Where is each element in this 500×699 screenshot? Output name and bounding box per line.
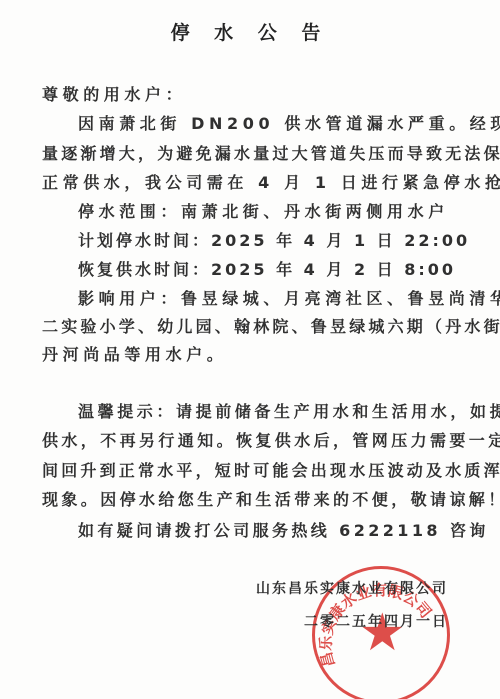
notice-title: 停 水 公 告 xyxy=(0,18,500,45)
tips-line: 间回升到正常水平，短时可能会出现水压波动及水质浑浊 xyxy=(42,458,500,481)
affected-line: 二实验小学、幼儿园、翰林院、鲁昱绿城六期（丹水街）、 xyxy=(42,314,500,337)
company-name: 山东昌乐实康水业有限公司 xyxy=(256,578,448,598)
tips-line: 供水，不再另行通知。恢复供水后，管网压力需要一定时 xyxy=(42,428,500,451)
affected-line: 影响用户：鲁昱绿城、月亮湾社区、鲁昱尚清华、第 xyxy=(78,286,500,309)
body-line: 因南萧北街 DN200 供水管道漏水严重。经现场观察漏 xyxy=(78,111,500,134)
notice-date: 二零二五年四月一日 xyxy=(304,611,448,631)
greeting: 尊敬的用水户： xyxy=(42,82,186,105)
body-line: 量逐渐增大，为避免漏水量过大管道失压而导致无法保障 xyxy=(42,141,500,164)
affected-line: 丹河尚品等用水户。 xyxy=(42,342,227,365)
resume-time: 恢复供水时间：2025 年 4 月 2 日 8:00 xyxy=(78,257,456,280)
tips-line: 温馨提示：请提前储备生产用水和生活用水，如提前 xyxy=(78,399,500,422)
tips-line: 现象。因停水给您生产和生活带来的不便，敬请谅解！ xyxy=(42,487,500,510)
planned-stop-time: 计划停水时间：2025 年 4 月 1 日 22:00 xyxy=(78,228,470,251)
body-line: 正常供水，我公司需在 4 月 1 日进行紧急停水抢修。 xyxy=(42,170,500,193)
hotline: 如有疑问请拨打公司服务热线 6222118 咨询 xyxy=(78,518,489,541)
stop-scope: 停水范围：南萧北街、丹水街两侧用水户 xyxy=(78,199,449,222)
